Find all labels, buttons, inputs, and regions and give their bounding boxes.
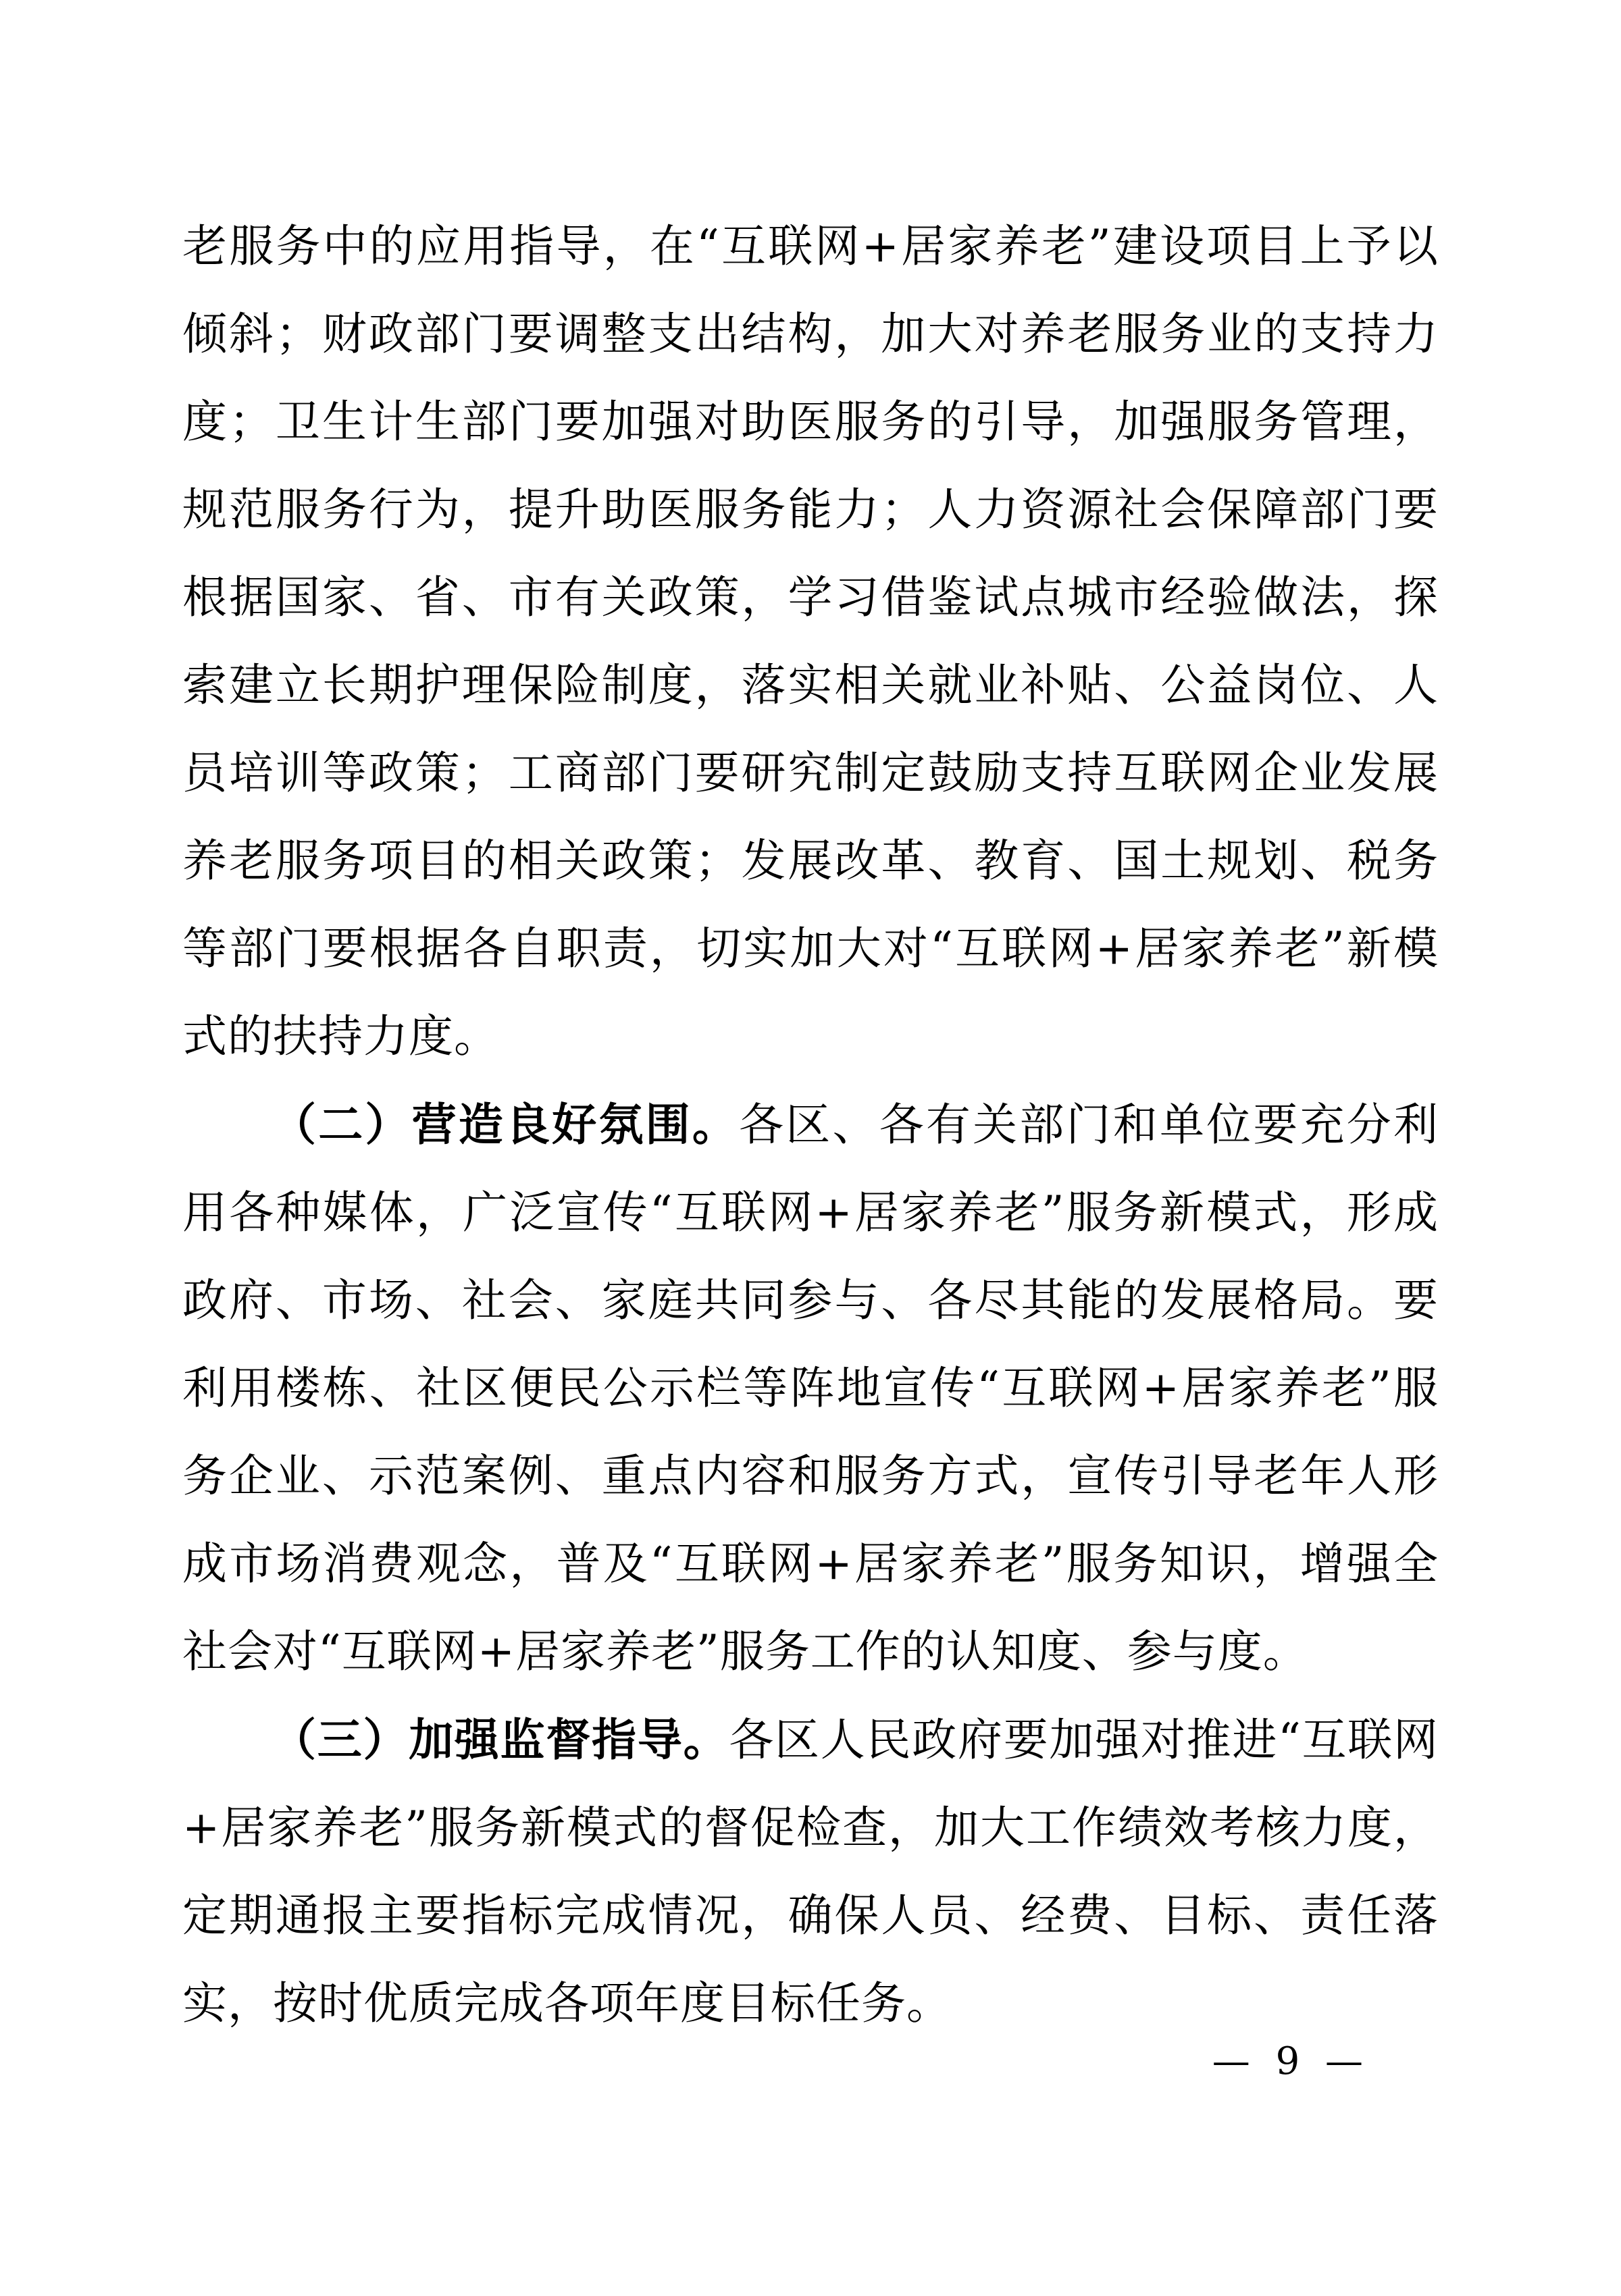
paragraph-continuation: 老服务中的应用指导，在“互联网+居家养老”建设项目上予以倾斜；财政部门要调整支出…: [182, 203, 1439, 1080]
document-page: 老服务中的应用指导，在“互联网+居家养老”建设项目上予以倾斜；财政部门要调整支出…: [0, 0, 1621, 2296]
page-number: — 9 —: [1212, 2039, 1370, 2084]
paragraph-lead: （二）营造良好氛围。: [272, 1098, 739, 1151]
paragraph-section-3: （三）加强监督指导。各区人民政府要加强对推进“互联网+居家养老”服务新模式的督促…: [182, 1696, 1439, 2047]
paragraph-text: 各区、各有关部门和单位要充分利用各种媒体，广泛宣传“互联网+居家养老”服务新模式…: [182, 1099, 1439, 1677]
paragraph-section-2: （二）营造良好氛围。各区、各有关部门和单位要充分利用各种媒体，广泛宣传“互联网+…: [182, 1080, 1439, 1696]
paragraph-lead: （三）加强监督指导。: [272, 1713, 729, 1766]
document-body: 老服务中的应用指导，在“互联网+居家养老”建设项目上予以倾斜；财政部门要调整支出…: [182, 203, 1439, 2047]
paragraph-text: 老服务中的应用指导，在“互联网+居家养老”建设项目上予以倾斜；财政部门要调整支出…: [182, 220, 1439, 1062]
